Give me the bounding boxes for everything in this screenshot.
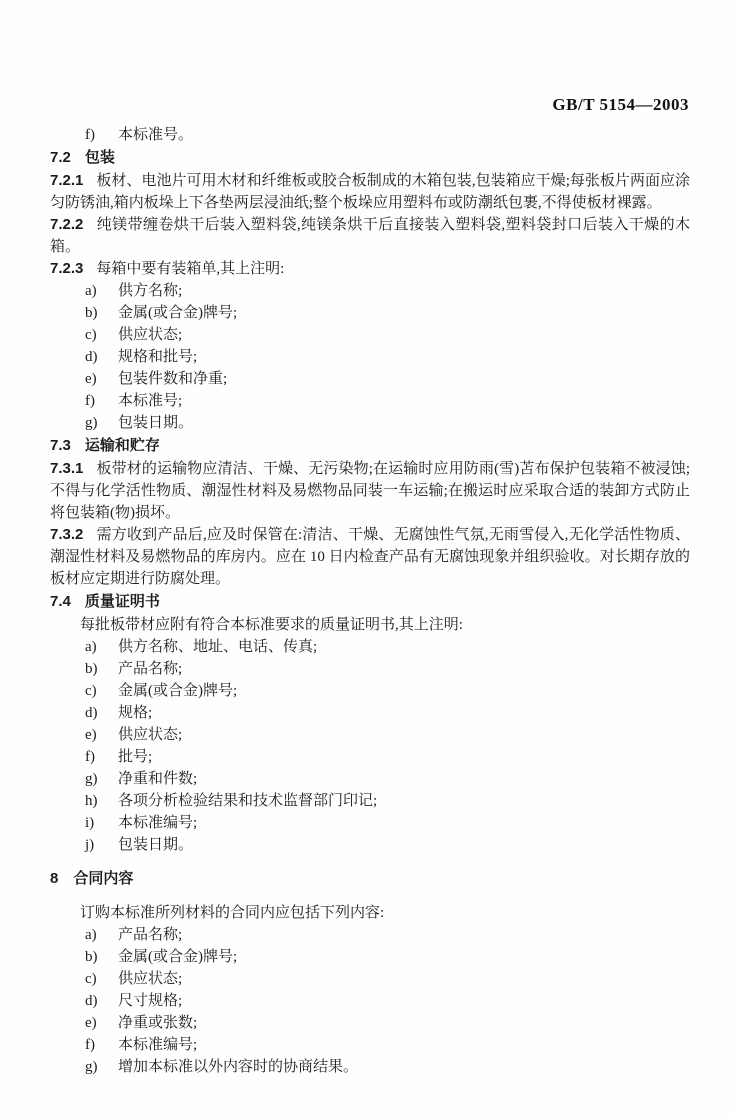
- clause-text: 板材、电池片可用木材和纤维板或胶合板制成的木箱包装,包装箱应干燥;每张板片两面应…: [50, 173, 690, 211]
- section-title: 包装: [85, 149, 115, 166]
- document-page: GB/T 5154—2003 f)本标准号。 7.2包装 7.2.1板材、电池片…: [0, 0, 733, 1118]
- section-heading-7-4: 7.4质量证明书: [50, 591, 690, 613]
- list-item-text: 批号;: [118, 749, 152, 765]
- list-item-text: 金属(或合金)牌号;: [118, 305, 237, 321]
- list-marker: d): [85, 990, 118, 1012]
- list-item: g)包装日期。: [50, 412, 690, 434]
- list-item-text: 供方名称、地址、电话、传真;: [118, 639, 317, 655]
- section-number: 7.4: [50, 593, 71, 610]
- list-marker: h): [85, 790, 118, 812]
- list-item-text: 增加本标准以外内容时的协商结果。: [118, 1059, 358, 1075]
- list-marker: i): [85, 812, 118, 834]
- intro-paragraph: 每批板带材应附有符合本标准要求的质量证明书,其上注明:: [50, 614, 690, 636]
- list-marker: e): [85, 368, 118, 390]
- list-item-text: 供应状态;: [118, 727, 182, 743]
- list-item: d)规格;: [50, 702, 690, 724]
- list-item: c)金属(或合金)牌号;: [50, 680, 690, 702]
- list-item-text: 产品名称;: [118, 927, 182, 943]
- list-item: a)供方名称;: [50, 280, 690, 302]
- clause-text: 需方收到产品后,应及时保管在:清洁、干燥、无腐蚀性气氛,无雨雪侵入,无化学活性物…: [50, 527, 690, 587]
- list-item: e)包装件数和净重;: [50, 368, 690, 390]
- list-marker: j): [85, 834, 118, 856]
- list-item: g)净重和件数;: [50, 768, 690, 790]
- list-item-text: 包装日期。: [118, 415, 193, 431]
- list-marker: d): [85, 346, 118, 368]
- intro-paragraph: 订购本标准所列材料的合同内应包括下列内容:: [50, 902, 690, 924]
- clause-7-2-3: 7.2.3每箱中要有装箱单,其上注明:: [50, 258, 690, 280]
- list-marker: c): [85, 324, 118, 346]
- clause-number: 7.2.2: [50, 216, 83, 233]
- section-number: 7.2: [50, 149, 71, 166]
- list-marker: f): [85, 1034, 118, 1056]
- list-marker: a): [85, 924, 118, 946]
- standard-number-header: GB/T 5154—2003: [552, 95, 689, 115]
- list-item: f)本标准编号;: [50, 1034, 690, 1056]
- section-heading-7-2: 7.2包装: [50, 147, 690, 169]
- chapter-heading-8: 8合同内容: [50, 868, 690, 890]
- list-item-text: 本标准编号;: [118, 1037, 197, 1053]
- list-item: b)金属(或合金)牌号;: [50, 946, 690, 968]
- list-item: f)本标准号。: [50, 124, 690, 146]
- list-item-text: 本标准号。: [118, 127, 193, 143]
- list-marker: d): [85, 702, 118, 724]
- section-title: 质量证明书: [85, 593, 160, 610]
- list-item: i)本标准编号;: [50, 812, 690, 834]
- section-heading-7-3: 7.3运输和贮存: [50, 435, 690, 457]
- list-marker: c): [85, 968, 118, 990]
- list-item: c)供应状态;: [50, 324, 690, 346]
- document-content: f)本标准号。 7.2包装 7.2.1板材、电池片可用木材和纤维板或胶合板制成的…: [50, 124, 690, 1078]
- list-marker: b): [85, 658, 118, 680]
- list-marker: f): [85, 124, 118, 146]
- clause-number: 7.2.1: [50, 172, 83, 189]
- list-item-text: 本标准号;: [118, 393, 182, 409]
- chapter-number: 8: [50, 870, 58, 887]
- list-marker: g): [85, 768, 118, 790]
- list-marker: g): [85, 412, 118, 434]
- list-item-text: 金属(或合金)牌号;: [118, 683, 237, 699]
- list-marker: a): [85, 636, 118, 658]
- list-item-text: 包装件数和净重;: [118, 371, 227, 387]
- list-item: b)产品名称;: [50, 658, 690, 680]
- list-item: b)金属(或合金)牌号;: [50, 302, 690, 324]
- list-item-text: 净重和件数;: [118, 771, 197, 787]
- list-item-text: 规格和批号;: [118, 349, 197, 365]
- list-marker: c): [85, 680, 118, 702]
- clause-text: 纯镁带缠卷烘干后装入塑料袋,纯镁条烘干后直接装入塑料袋,塑料袋封口后装入干燥的木…: [50, 217, 690, 255]
- list-item: j)包装日期。: [50, 834, 690, 856]
- list-item: g)增加本标准以外内容时的协商结果。: [50, 1056, 690, 1078]
- list-item: f)批号;: [50, 746, 690, 768]
- list-item-text: 各项分析检验结果和技术监督部门印记;: [118, 793, 377, 809]
- clause-7-3-2: 7.3.2需方收到产品后,应及时保管在:清洁、干燥、无腐蚀性气氛,无雨雪侵入,无…: [50, 524, 690, 590]
- list-item-text: 供应状态;: [118, 971, 182, 987]
- clause-7-3-1: 7.3.1板带材的运输物应清洁、干燥、无污染物;在运输时应用防雨(雪)苫布保护包…: [50, 458, 690, 524]
- list-item: h)各项分析检验结果和技术监督部门印记;: [50, 790, 690, 812]
- list-item-text: 产品名称;: [118, 661, 182, 677]
- clause-number: 7.2.3: [50, 260, 83, 277]
- clause-text: 每箱中要有装箱单,其上注明:: [96, 261, 284, 277]
- list-item: e)供应状态;: [50, 724, 690, 746]
- clause-7-2-2: 7.2.2纯镁带缠卷烘干后装入塑料袋,纯镁条烘干后直接装入塑料袋,塑料袋封口后装…: [50, 214, 690, 258]
- clause-number: 7.3.1: [50, 460, 83, 477]
- list-marker: a): [85, 280, 118, 302]
- list-item-text: 尺寸规格;: [118, 993, 182, 1009]
- list-marker: e): [85, 724, 118, 746]
- clause-7-2-1: 7.2.1板材、电池片可用木材和纤维板或胶合板制成的木箱包装,包装箱应干燥;每张…: [50, 170, 690, 214]
- list-item: f)本标准号;: [50, 390, 690, 412]
- clause-number: 7.3.2: [50, 526, 83, 543]
- list-item-text: 本标准编号;: [118, 815, 197, 831]
- list-marker: f): [85, 746, 118, 768]
- list-item: e)净重或张数;: [50, 1012, 690, 1034]
- chapter-title: 合同内容: [73, 870, 133, 887]
- list-item-text: 供应状态;: [118, 327, 182, 343]
- list-item: d)尺寸规格;: [50, 990, 690, 1012]
- section-title: 运输和贮存: [85, 437, 160, 454]
- list-marker: b): [85, 946, 118, 968]
- list-marker: f): [85, 390, 118, 412]
- list-item-text: 净重或张数;: [118, 1015, 197, 1031]
- list-item-text: 供方名称;: [118, 283, 182, 299]
- clause-text: 板带材的运输物应清洁、干燥、无污染物;在运输时应用防雨(雪)苫布保护包装箱不被浸…: [50, 461, 690, 521]
- list-marker: b): [85, 302, 118, 324]
- list-item-text: 包装日期。: [118, 837, 193, 853]
- list-item: a)产品名称;: [50, 924, 690, 946]
- list-item: c)供应状态;: [50, 968, 690, 990]
- list-item-text: 规格;: [118, 705, 152, 721]
- list-marker: e): [85, 1012, 118, 1034]
- list-item: a)供方名称、地址、电话、传真;: [50, 636, 690, 658]
- section-number: 7.3: [50, 437, 71, 454]
- list-item: d)规格和批号;: [50, 346, 690, 368]
- list-marker: g): [85, 1056, 118, 1078]
- list-item-text: 金属(或合金)牌号;: [118, 949, 237, 965]
